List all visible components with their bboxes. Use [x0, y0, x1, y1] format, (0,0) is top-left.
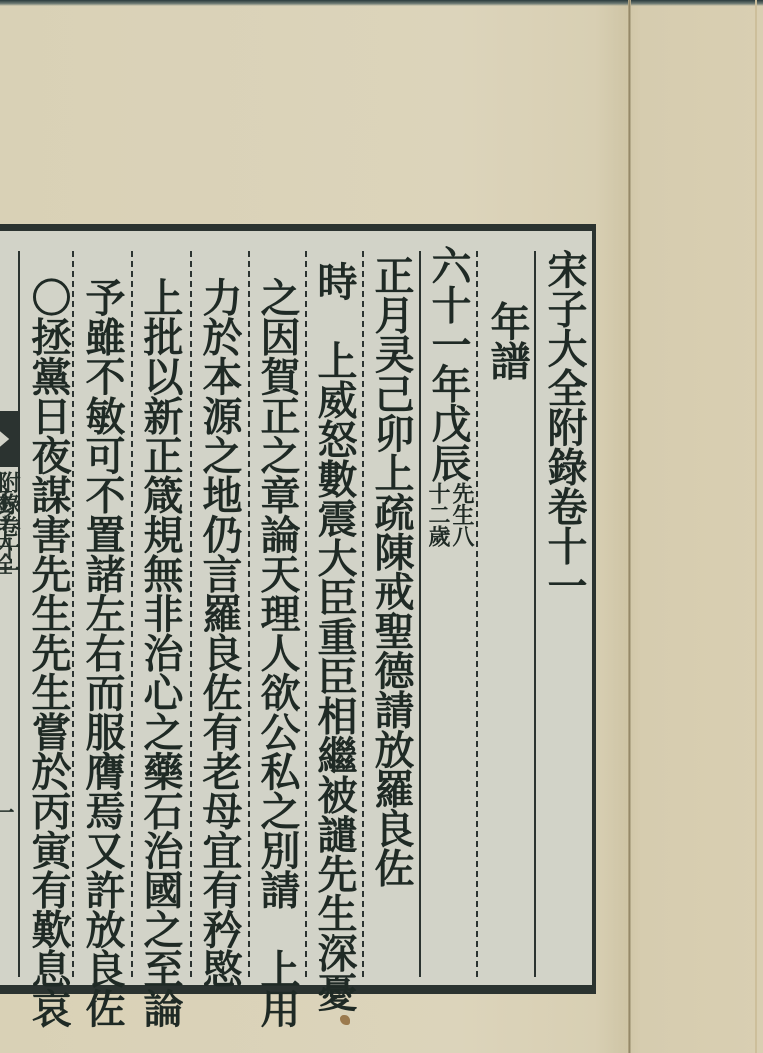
column-rule: [18, 251, 20, 977]
interlinear-note: 先生八十二歲: [426, 482, 474, 547]
text-column-5: 力於本源之地仍言羅良佐有老母宜有矜愍: [193, 277, 245, 973]
text-column-4: 之因賀正之章論天理人欲公私之別請 上用: [251, 277, 303, 973]
column-rule: [476, 251, 478, 977]
note-right: 先生八: [450, 482, 474, 547]
year-heading: 六十一年戊辰: [425, 245, 472, 482]
printed-text-frame: 宋子大全附錄卷十一 年譜 六十一年戊辰先生八十二歲 正月㚑己卯上疏陳戒聖德請放羅…: [0, 224, 596, 994]
section-heading: 年譜: [481, 301, 533, 973]
text-column-8: 〇拯黨日夜謀害先生先生嘗於丙寅有歎息哀: [22, 277, 74, 973]
text-column-2: 正月㚑己卯上疏陳戒聖德請放羅良佐: [365, 255, 417, 973]
column-rule: [419, 251, 421, 977]
page-fold-line: [628, 0, 631, 1053]
text-column-6: 上批以新正箴規無非治心之藥石治國之至論: [134, 277, 186, 973]
column-rule: [534, 251, 536, 977]
center-fold-label: 附錄卷十一: [0, 471, 20, 581]
fishtail-icon: [0, 411, 18, 467]
column-rule: [190, 251, 192, 977]
note-left: 十二歲: [426, 482, 450, 547]
paper-stain: [340, 1015, 350, 1025]
column-rule: [305, 251, 307, 977]
volume-title: 宋子大全附錄卷十一: [541, 249, 587, 973]
center-fold-page-number: 一: [0, 801, 18, 823]
text-column-7: 予雖不敏可不置諸左右而服膺焉又許放良佐: [76, 277, 128, 973]
column-rule: [248, 251, 250, 977]
column-rule: [362, 251, 364, 977]
text-column-3: 時 上威怒數震大臣重臣相繼被譴先生深憂: [308, 261, 360, 973]
text-block: 宋子大全附錄卷十一 年譜 六十一年戊辰先生八十二歲 正月㚑己卯上疏陳戒聖德請放羅…: [0, 241, 592, 977]
column-rule: [131, 251, 133, 977]
text-column-1: 六十一年戊辰先生八十二歲: [422, 245, 474, 973]
book-top-edge: [0, 0, 763, 6]
right-page-edge: [755, 0, 757, 1053]
